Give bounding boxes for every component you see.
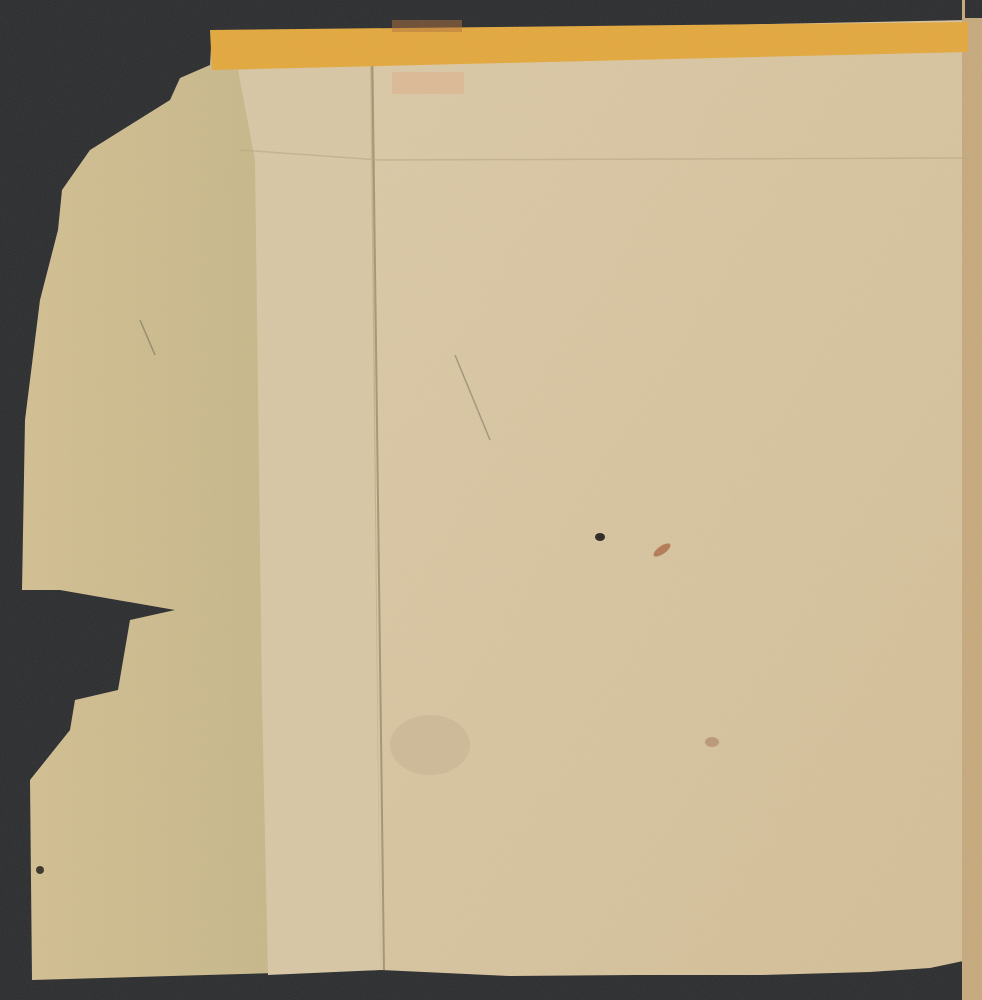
page-illustration <box>0 0 982 1000</box>
scanned-page <box>0 0 982 1000</box>
